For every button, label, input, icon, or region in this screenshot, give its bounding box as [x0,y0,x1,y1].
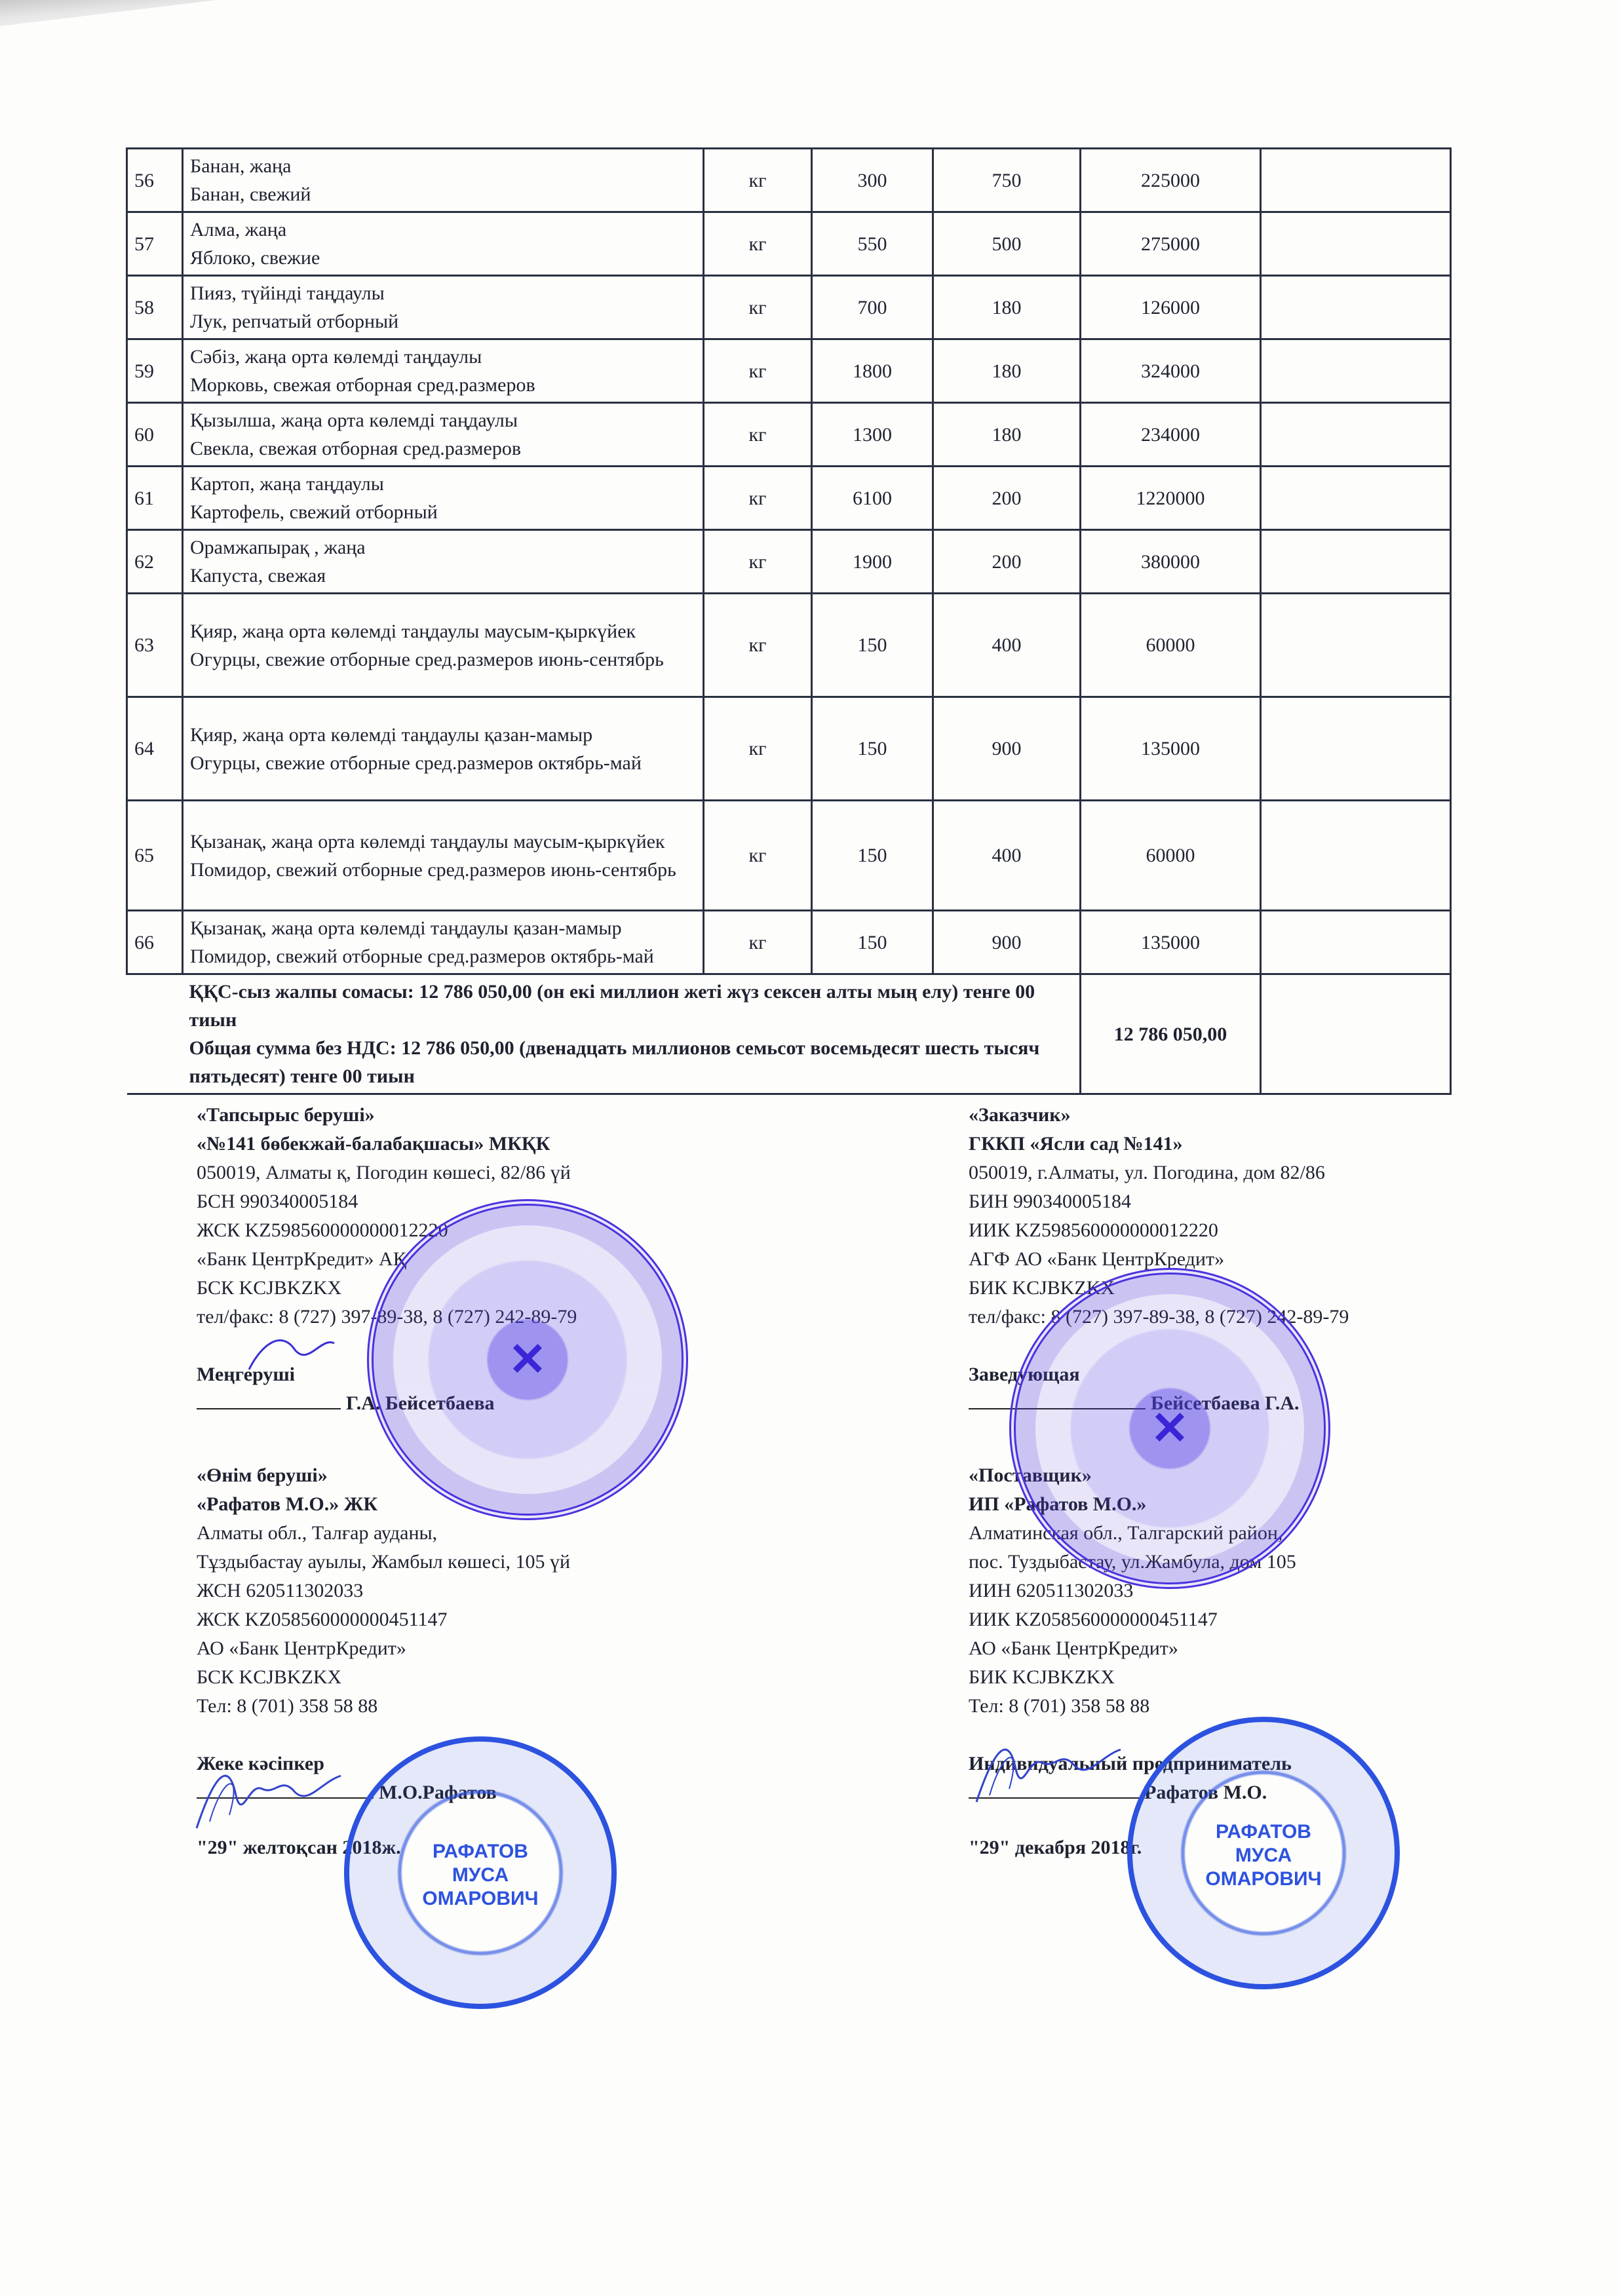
customer-ru-role: «Заказчик» [969,1101,1349,1130]
quantity: 1900 [812,530,933,594]
table-row: 59Сәбіз, жаңа орта көлемді таңдаулыМорко… [127,339,1451,403]
unit-price: 180 [933,339,1081,403]
supplier-ru-address2: пос. Туздыбастау, ул.Жамбула, дом 105 [969,1548,1296,1577]
unit: кг [704,403,812,467]
row-number: 62 [127,530,183,594]
supplier-ru-org: ИП «Рафатов М.О.» [969,1490,1296,1519]
item-name-ru: Капуста, свежая [190,562,696,590]
unit: кг [704,530,812,594]
customer-kz-phone: тел/факс: 8 (727) 397-89-38, 8 (727) 242… [197,1303,577,1331]
item-name: Банан, жаңаБанан, свежий [183,149,704,212]
unit: кг [704,149,812,212]
row-number: 65 [127,801,183,911]
quantity: 300 [812,149,933,212]
unit-price: 180 [933,403,1081,467]
item-name-kz: Орамжапырақ , жаңа [190,533,696,562]
line-sum: 135000 [1081,697,1261,801]
signature-line [969,1797,1139,1799]
total-text-ru: Общая сумма без НДС: 12 786 050,00 (двен… [189,1034,1073,1090]
table-row: 57Алма, жаңаЯблоко, свежиекг550500275000 [127,212,1451,276]
unit-price: 900 [933,911,1081,974]
unit-price: 900 [933,697,1081,801]
table-row: 64Қияр, жаңа орта көлемді таңдаулы қазан… [127,697,1451,801]
quantity: 700 [812,276,933,339]
total-note [1261,974,1451,1094]
supplier-ru-date: "29" декабря 2018г. [969,1833,1296,1862]
note [1261,403,1451,467]
item-name: Картоп, жаңа таңдаулыКартофель, свежий о… [183,467,704,530]
item-name-ru: Свекла, свежая отборная сред.размеров [190,434,696,463]
item-name-kz: Картоп, жаңа таңдаулы [190,470,696,498]
total-amount: 12 786 050,00 [1081,974,1261,1094]
supplier-kz-phone: Тел: 8 (701) 358 58 88 [197,1692,570,1721]
quantity: 150 [812,911,933,974]
unit: кг [704,911,812,974]
item-name-ru: Огурцы, свежие отборные сред.размеров ок… [190,749,696,777]
table-row: 58Пияз, түйінді таңдаулыЛук, репчатый от… [127,276,1451,339]
table-row: 62Орамжапырақ , жаңаКапуста, свежаякг190… [127,530,1451,594]
quantity: 6100 [812,467,933,530]
customer-kz-iik: ЖСК KZ598560000000012220 [197,1216,577,1245]
supplier-kz-bank: АО «Банк ЦентрКредит» [197,1634,570,1663]
item-name-kz: Қияр, жаңа орта көлемді таңдаулы маусым-… [190,617,696,645]
note [1261,149,1451,212]
note [1261,467,1451,530]
supplier-ru-role: «Поставщик» [969,1461,1296,1490]
item-name: Сәбіз, жаңа орта көлемді таңдаулыМорковь… [183,339,704,403]
supplier-kz-role: «Өнім беруші» [197,1461,570,1490]
customer-ru-bik: БИК KCJBKZKX [969,1274,1349,1303]
supplier-ru-position: Индивидуальный предприниматель [969,1750,1296,1778]
customer-kz-position: Меңгеруші [197,1360,577,1389]
table-row: 56Банан, жаңаБанан, свежийкг300750225000 [127,149,1451,212]
customer-ru-bank: АГФ АО «Банк ЦентрКредит» [969,1245,1349,1274]
customer-ru-signatory: Бейсетбаева Г.А. [1151,1392,1300,1414]
unit: кг [704,594,812,697]
item-name-ru: Банан, свежий [190,180,696,208]
supplier-kz-iik: ЖСК KZ058560000000451147 [197,1605,570,1634]
item-name-ru: Лук, репчатый отборный [190,307,696,335]
supplier-kz-block: «Өнім беруші» «Рафатов М.О.» ЖК Алматы о… [197,1461,570,1862]
line-sum: 225000 [1081,149,1261,212]
table-row: 61Картоп, жаңа таңдаулыКартофель, свежий… [127,467,1451,530]
quantity: 150 [812,594,933,697]
customer-kz-block: «Тапсырыс беруші» «№141 бөбекжай-балабақ… [197,1101,577,1418]
supplier-kz-bik: БСК KCJBKZKX [197,1663,570,1692]
table-row: 60Қызылша, жаңа орта көлемді таңдаулыСве… [127,403,1451,467]
note [1261,801,1451,911]
line-sum: 126000 [1081,276,1261,339]
line-sum: 324000 [1081,339,1261,403]
item-name-kz: Қызанақ, жаңа орта көлемді таңдаулы қаза… [190,914,696,942]
supplier-kz-org: «Рафатов М.О.» ЖК [197,1490,570,1519]
note [1261,911,1451,974]
customer-kz-bank: «Банк ЦентрКредит» АҚ [197,1245,577,1274]
line-sum: 234000 [1081,403,1261,467]
item-name: Қызанақ, жаңа орта көлемді таңдаулы қаза… [183,911,704,974]
item-name: Қызанақ, жаңа орта көлемді таңдаулы маус… [183,801,704,911]
customer-kz-org: «№141 бөбекжай-балабақшасы» МКҚК [197,1130,577,1158]
supplier-ru-iin: ИИН 620511302033 [969,1577,1296,1605]
table-row: 66Қызанақ, жаңа орта көлемді таңдаулы қа… [127,911,1451,974]
item-name-kz: Сәбіз, жаңа орта көлемді таңдаулы [190,343,696,371]
supplier-ru-bank: АО «Банк ЦентрКредит» [969,1634,1296,1663]
row-number: 59 [127,339,183,403]
unit-price: 200 [933,530,1081,594]
unit-price: 180 [933,276,1081,339]
quantity: 550 [812,212,933,276]
item-name-kz: Банан, жаңа [190,152,696,180]
supplier-kz-address2: Тұздыбастау ауылы, Жамбыл көшесі, 105 үй [197,1548,570,1577]
supplier-kz-iin: ЖСН 620511302033 [197,1577,570,1605]
item-name-ru: Морковь, свежая отборная сред.размеров [190,371,696,399]
line-sum: 135000 [1081,911,1261,974]
note [1261,697,1451,801]
unit: кг [704,276,812,339]
customer-ru-block: «Заказчик» ГККП «Ясли сад №141» 050019, … [969,1101,1349,1418]
scan-corner-fold [0,0,216,26]
customer-kz-bik: БСК KCJBKZKX [197,1274,577,1303]
supplier-ru-phone: Тел: 8 (701) 358 58 88 [969,1692,1296,1721]
supplier-kz-address1: Алматы обл., Талғар ауданы, [197,1519,570,1548]
supplier-ru-block: «Поставщик» ИП «Рафатов М.О.» Алматинска… [969,1461,1296,1862]
unit-price: 400 [933,594,1081,697]
item-name: Пияз, түйінді таңдаулыЛук, репчатый отбо… [183,276,704,339]
row-number: 64 [127,697,183,801]
item-name-ru: Помидор, свежий отборные сред.размеров и… [190,856,696,884]
customer-kz-signatory: Г.А. Бейсетбаева [346,1392,495,1414]
unit: кг [704,801,812,911]
supplier-ru-bik: БИК KCJBKZKX [969,1663,1296,1692]
item-name-ru: Помидор, свежий отборные сред.размеров о… [190,942,696,970]
unit-price: 200 [933,467,1081,530]
quantity: 1300 [812,403,933,467]
item-name-kz: Қызылша, жаңа орта көлемді таңдаулы [190,406,696,434]
unit-price: 400 [933,801,1081,911]
note [1261,594,1451,697]
row-number: 57 [127,212,183,276]
customer-ru-org: ГККП «Ясли сад №141» [969,1130,1349,1158]
line-sum: 1220000 [1081,467,1261,530]
row-number: 61 [127,467,183,530]
unit: кг [704,339,812,403]
unit-price: 750 [933,149,1081,212]
note [1261,339,1451,403]
signature-line [197,1408,341,1409]
item-name-kz: Алма, жаңа [190,216,696,244]
note [1261,276,1451,339]
item-name: Қызылша, жаңа орта көлемді таңдаулыСвекл… [183,403,704,467]
supplier-kz-signatory: М.О.Рафатов [379,1782,497,1803]
supplier-kz-position: Жеке кәсіпкер [197,1750,570,1778]
item-name: Қияр, жаңа орта көлемді таңдаулы маусым-… [183,594,704,697]
table-row: 65Қызанақ, жаңа орта көлемді таңдаулы ма… [127,801,1451,911]
supplier-ru-address1: Алматинская обл., Талгарский район, [969,1519,1296,1548]
supplier-ru-iik: ИИК KZ058560000000451147 [969,1605,1296,1634]
row-number: 66 [127,911,183,974]
row-number: 58 [127,276,183,339]
unit: кг [704,212,812,276]
customer-kz-address: 050019, Алматы қ, Погодин көшесі, 82/86 … [197,1158,577,1187]
item-name-ru: Яблоко, свежие [190,244,696,272]
item-name: Орамжапырақ , жаңаКапуста, свежая [183,530,704,594]
customer-ru-bin: БИН 990340005184 [969,1187,1349,1216]
line-sum: 275000 [1081,212,1261,276]
customer-ru-iik: ИИК KZ598560000000012220 [969,1216,1349,1245]
item-name: Алма, жаңаЯблоко, свежие [183,212,704,276]
customer-ru-position: Заведующая [969,1360,1349,1389]
note [1261,212,1451,276]
customer-kz-bin: БСН 990340005184 [197,1187,577,1216]
table-row: 63Қияр, жаңа орта көлемді таңдаулы маусы… [127,594,1451,697]
supplier-kz-date: "29" желтоқсан 2018ж. [197,1833,570,1862]
line-sum: 60000 [1081,801,1261,911]
unit: кг [704,697,812,801]
unit-price: 500 [933,212,1081,276]
customer-kz-role: «Тапсырыс беруші» [197,1101,577,1130]
signature-line [197,1797,374,1799]
customer-ru-address: 050019, г.Алматы, ул. Погодина, дом 82/8… [969,1158,1349,1187]
unit: кг [704,467,812,530]
supplier-ru-signatory: Рафатов М.О. [1144,1782,1267,1803]
line-sum: 60000 [1081,594,1261,697]
item-name-kz: Қызанақ, жаңа орта көлемді таңдаулы маус… [190,828,696,856]
row-number: 63 [127,594,183,697]
quantity: 150 [812,697,933,801]
total-text-cell: ҚҚС-сыз жалпы сомасы: 12 786 050,00 (он … [127,974,1081,1094]
item-name-kz: Пияз, түйінді таңдаулы [190,279,696,307]
total-row: ҚҚС-сыз жалпы сомасы: 12 786 050,00 (он … [127,974,1451,1094]
item-name: Қияр, жаңа орта көлемді таңдаулы қазан-м… [183,697,704,801]
quantity: 1800 [812,339,933,403]
customer-ru-phone: тел/факс: 8 (727) 397-89-38, 8 (727) 242… [969,1303,1349,1331]
item-name-ru: Картофель, свежий отборный [190,498,696,526]
item-name-ru: Огурцы, свежие отборные сред.размеров ию… [190,645,696,674]
note [1261,530,1451,594]
line-sum: 380000 [1081,530,1261,594]
total-text-kz: ҚҚС-сыз жалпы сомасы: 12 786 050,00 (он … [189,978,1073,1034]
quantity: 150 [812,801,933,911]
row-number: 60 [127,403,183,467]
item-name-kz: Қияр, жаңа орта көлемді таңдаулы қазан-м… [190,721,696,749]
items-table: 56Банан, жаңаБанан, свежийкг300750225000… [126,147,1452,1095]
row-number: 56 [127,149,183,212]
signature-line [969,1408,1146,1409]
